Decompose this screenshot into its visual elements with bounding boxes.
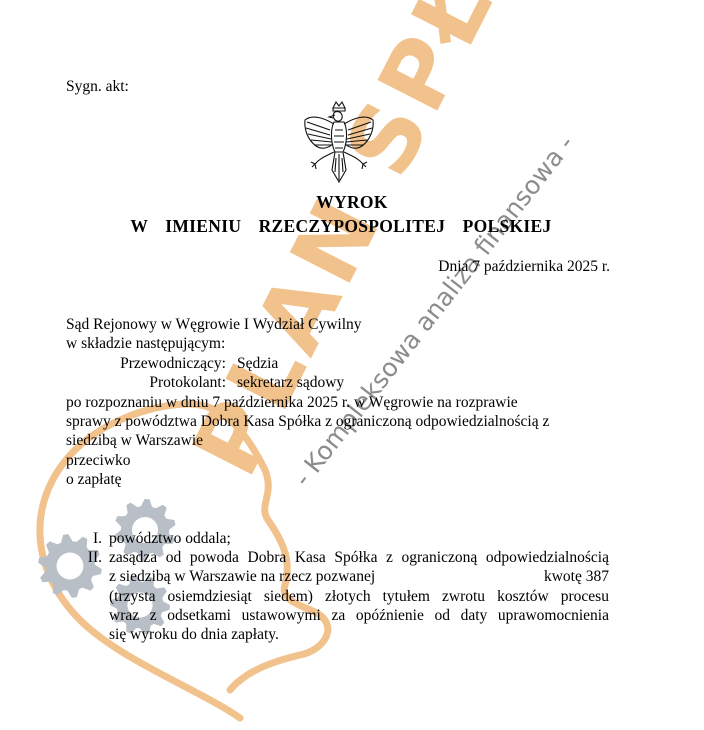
- composition-heading: w składzie następującym:: [66, 334, 225, 353]
- ruling-word: osiemdziesiąt: [168, 587, 252, 606]
- ruling-line-part: z siedzibą w Warszawie na rzecz pozwanej: [109, 567, 375, 586]
- ruling-word: siedem): [264, 587, 313, 606]
- ruling-word: od: [434, 606, 450, 625]
- ruling-word: uprawomocnienia: [498, 606, 609, 625]
- composition-role: Protokolant:: [56, 373, 226, 392]
- ruling-word: ustawowymi: [242, 606, 321, 625]
- ruling-word: zwrotu: [442, 587, 485, 606]
- ruling-line: z siedzibą w Warszawie na rzecz pozwanej…: [109, 567, 609, 586]
- ruling-word: odsetkami: [167, 606, 231, 625]
- ruling-word: z: [150, 606, 157, 625]
- judgment-subtitle: W IMIENIU RZECZYPOSPOLITEJ POLSKIEJ: [0, 217, 682, 236]
- ruling-word: procesu: [561, 587, 609, 606]
- ruling-word: ograniczoną: [402, 548, 478, 567]
- ruling-word: z: [386, 548, 393, 567]
- ruling-line: się wyroku do dnia zapłaty.: [109, 625, 279, 644]
- case-line: po rozpoznaniu w dniu 7 października 202…: [66, 393, 518, 412]
- court-name: Sąd Rejonowy w Węgrowie I Wydział Cywiln…: [66, 315, 362, 334]
- case-line: siedzibą w Warszawie: [66, 431, 203, 450]
- ruling-word: złotych: [325, 587, 371, 606]
- ruling-word: opóźnienie: [356, 606, 424, 625]
- polish-eagle-emblem-icon: [302, 100, 376, 186]
- ruling-number: II.: [62, 548, 102, 567]
- ruling-line: (trzystaosiemdziesiątsiedem)złotychtytuł…: [109, 587, 609, 606]
- ruling-line: wrazzodsetkamiustawowymizaopóźnienieodda…: [109, 606, 609, 625]
- ruling-word: Spółka: [334, 548, 377, 567]
- judgment-title: WYROK: [0, 193, 704, 212]
- ruling-word: wraz: [109, 606, 139, 625]
- ruling-number: I.: [62, 529, 102, 548]
- ruling-word: tytułem: [383, 587, 430, 606]
- ruling-word: od: [166, 548, 182, 567]
- composition-person: Sędzia: [237, 354, 278, 373]
- composition-role: Przewodniczący:: [56, 354, 226, 373]
- ruling-word: odpowiedzialnością: [486, 548, 609, 567]
- ruling-word: daty: [461, 606, 488, 625]
- case-line: przeciwko: [66, 451, 131, 470]
- judgment-date: Dnia 7 października 2025 r.: [438, 257, 610, 276]
- case-line: sprawy z powództwa Dobra Kasa Spółka z o…: [66, 412, 549, 431]
- court-judgment-document: Sygn. akt: WYROK W IMIENIU RZ: [0, 0, 704, 730]
- ruling-word: za: [331, 606, 345, 625]
- ruling-word: kosztów: [497, 587, 549, 606]
- composition-person: sekretarz sądowy: [237, 373, 344, 392]
- ruling-word: Dobra: [248, 548, 287, 567]
- ruling-word: (trzysta: [109, 587, 155, 606]
- case-line: o zapłatę: [66, 470, 122, 489]
- ruling-line: zasądzaodpowodaDobraKasaSpółkazograniczo…: [109, 548, 609, 567]
- ruling-text: powództwo oddala;: [109, 529, 231, 548]
- ruling-word: powoda: [190, 548, 239, 567]
- ruling-word: zasądza: [109, 548, 157, 567]
- ruling-word: Kasa: [295, 548, 326, 567]
- signature-label: Sygn. akt:: [66, 77, 129, 96]
- ruling-line-part: kwotę 387: [544, 567, 609, 586]
